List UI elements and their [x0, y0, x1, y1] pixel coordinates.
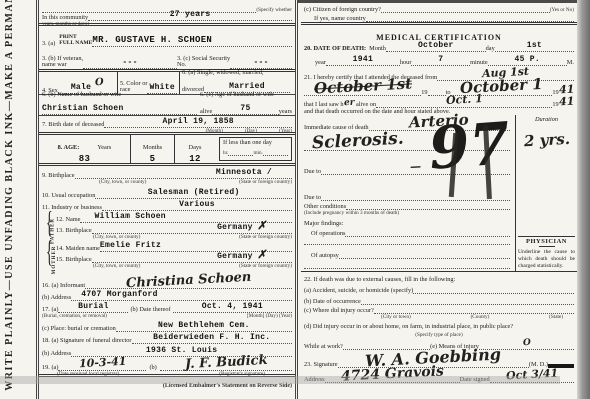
birthplace-label: 9. Birthplace	[42, 172, 75, 179]
duration-value: 2 yrs.	[523, 130, 570, 150]
father-bp-mark: ✗	[256, 220, 266, 231]
due1-hw: —	[410, 161, 422, 173]
citizen-hint: (Yes or No)	[550, 7, 574, 13]
physician-box: PHYSICIAN Underline the cause to which d…	[518, 236, 575, 270]
registrar-b: (b)	[149, 364, 156, 371]
field-full-name: 3. (a) PRINT FULL NAME MR. GUSTAVE H. SC…	[39, 26, 295, 47]
mother-bp-sub-2: (State or foreign country)	[239, 263, 292, 269]
physician-rule	[539, 246, 555, 247]
field-birthdate: 7. Birth date of deceased April 19, 1858…	[39, 116, 295, 135]
dod-year-value: 1941	[353, 55, 373, 64]
burial-date-value: Oct. 4, 1941	[202, 302, 263, 311]
means-hw-mark: O	[522, 339, 530, 348]
dod-hour-value: 7	[438, 55, 443, 64]
duration-label: Duration	[518, 116, 575, 123]
work-label: While at work?	[304, 343, 343, 350]
community-label: In this community	[42, 14, 88, 21]
burial-date-label: (b) Date thereof	[130, 306, 170, 313]
ifyes-label: If yes, name country	[304, 15, 366, 22]
external-label: 22. If death was due to external causes,…	[304, 276, 455, 283]
birthdate-label: 7. Birth date of deceased	[42, 121, 104, 128]
father-name-label: 12. Name	[56, 216, 80, 223]
cause-hw-line1: Arterio	[409, 112, 469, 130]
major-label: Major findings:	[304, 220, 343, 227]
scan-edge-right	[577, 0, 590, 399]
field-occurrence-date: (b) Date of occurrence	[301, 294, 577, 305]
did-injury-label: (d) Did injury occur in or about home, o…	[304, 323, 513, 330]
field-accident: (a) Accident, suicide, or homicide (spec…	[301, 283, 577, 294]
community-value: 27 years	[170, 10, 211, 19]
field-citizen: (c) Citizen of foreign country? (Yes or …	[301, 2, 577, 13]
marital-value: Married	[229, 82, 265, 91]
ssn-label-2: No.	[177, 61, 186, 68]
mother-bp-label: 15. Birthplace	[56, 256, 92, 263]
physician-text: Underline the cause to which death shoul…	[518, 249, 575, 270]
age-months-label: Months	[143, 144, 162, 151]
field-major-findings-operations: Major findings: Of operations	[301, 217, 513, 245]
due1-label: Due to	[304, 168, 321, 175]
cause-of-death-area: 97 Immediate cause of death Arterio Scle…	[301, 115, 577, 271]
age-days-label: Days	[189, 144, 202, 151]
where-sub-state: (State)	[549, 314, 563, 320]
specify-place-sub: (Specify type of place)	[415, 332, 462, 338]
field-community: In this community 27 years years, months…	[39, 13, 295, 26]
scan-gray-band	[0, 376, 560, 384]
scan-edge-top	[298, 0, 590, 3]
occupation-label: 10. Usual occupation	[42, 192, 95, 199]
community-sub: years, months or days)	[42, 21, 89, 27]
field-other-conditions: Other conditions (Include pregnancy with…	[301, 201, 513, 217]
birthdate-sub-day: (Day)	[245, 128, 257, 134]
birthdate-sub-year: (Year)	[279, 128, 292, 134]
field-mother-birthplace: 15. Birthplace Germany ✗ (City, town, or…	[53, 252, 295, 269]
age-min-label: min.	[253, 150, 262, 156]
lastsaw-hw-year: 41	[558, 95, 574, 109]
birthdate-sub-month: (Month)	[206, 128, 223, 134]
burial-place-label: (c) Place: burial or cremation	[42, 325, 116, 332]
name-num: 3. (a)	[42, 40, 55, 47]
due2-label: Due to	[304, 194, 321, 201]
where-sub-city: (City or town)	[381, 314, 411, 320]
lastsaw-19: 19	[552, 101, 558, 108]
burial-sub: (Burial, cremation, or removal)	[42, 313, 107, 319]
ssn-label-1: Social Security	[192, 55, 230, 62]
major-op-label: Of operations	[311, 230, 345, 237]
mother-brace: {	[46, 237, 53, 272]
age-years-label: Years	[97, 144, 111, 151]
age-less-label: If less than one day	[223, 139, 288, 146]
where-sub-county: (County)	[471, 314, 490, 320]
field-attended: 21. I hereby certify that I attended the…	[301, 68, 577, 115]
field-major-findings-autopsy: Of autopsy	[301, 245, 513, 271]
physician-title: PHYSICIAN	[518, 238, 575, 245]
field-where-injury: (c) Where did injury occur? (City or tow…	[301, 305, 577, 321]
registrar-date: 10-3-41	[78, 356, 126, 369]
veteran-label-2: name war	[42, 61, 67, 68]
name-label-2: FULL NAME	[59, 40, 92, 46]
marital-label-1: 6. (a) Single, widowed, married,	[182, 69, 290, 76]
major-autopsy-label: Of autopsy	[311, 252, 339, 259]
registrar-signature: J. F. Budick	[184, 354, 267, 371]
birthplace-value: Minnesota /	[216, 168, 272, 177]
medical-section: (c) Citizen of foreign country? (Yes or …	[301, 2, 577, 399]
field-external-causes: 22. If death was due to external causes,…	[301, 271, 577, 283]
registrar-num: 19. (a)	[42, 364, 58, 371]
dod-hour-label: hour	[400, 59, 412, 66]
mother-group: MOTHER { 14. Maiden name Emelie Fritz 15…	[39, 240, 295, 269]
dod-year-label: year	[315, 59, 326, 66]
sex-handwritten-mark: O	[95, 78, 104, 88]
where-label: (c) Where did injury occur?	[304, 307, 374, 314]
mother-bp-sub-1: (City, town, or county)	[93, 263, 140, 269]
veteran-value: ---	[122, 58, 137, 67]
father-bp-label: 13. Birthplace	[56, 227, 92, 234]
citizen-label: (c) Citizen of foreign country?	[304, 6, 381, 13]
lastsaw-hw-er: er	[343, 98, 354, 109]
dod-minute-value: 45 P.	[514, 55, 540, 64]
age-label: 8. AGE:	[58, 144, 80, 151]
other-label: Other conditions	[304, 203, 346, 210]
field-if-yes-country: If yes, name country	[301, 13, 577, 25]
other-sub: (Include pregnancy within 3 months of de…	[304, 210, 399, 216]
accident-label: (a) Accident, suicide, or homicide (spec…	[304, 287, 413, 294]
lastsaw-hw-date: Oct. 1	[446, 93, 483, 106]
full-name-value: MR. GUSTAVE H. SCHOEN	[92, 35, 212, 45]
cause-hw-line2: Sclerosis.	[312, 131, 404, 153]
occurrence-label: (b) Date of occurrence	[304, 298, 361, 305]
birthdate-value: April 19, 1858	[163, 117, 234, 126]
ssn-value: ---	[253, 58, 268, 67]
field-registrar: 19. (a) 10-3-41 (b) J. F. Budick (Date r…	[39, 357, 295, 377]
spouse-label: 6. (b) Name of husband or wife	[42, 91, 197, 98]
death-certificate-scan: WRITE PLAINLY—USE UNFADING BLACK INK—MAK…	[0, 0, 590, 399]
duration-physician-column: Duration 2 yrs. PHYSICIAN Underline the …	[515, 115, 577, 271]
burial-value: Burial	[78, 302, 109, 311]
left-margin: WRITE PLAINLY—USE UNFADING BLACK INK—MAK…	[0, 0, 36, 399]
personal-section: (Specify whether In this community 27 ye…	[36, 0, 298, 399]
burial-num: 17. (a)	[42, 306, 58, 313]
spouse-age-label: 6. (c) Age of husband or wife	[200, 91, 292, 98]
mother-bp-mark: ✗	[256, 249, 266, 260]
father-bp-value: Germany	[217, 223, 253, 232]
margin-instruction: WRITE PLAINLY—USE UNFADING BLACK INK—MAK…	[4, 0, 15, 391]
mother-bp-value: Germany	[217, 252, 253, 261]
